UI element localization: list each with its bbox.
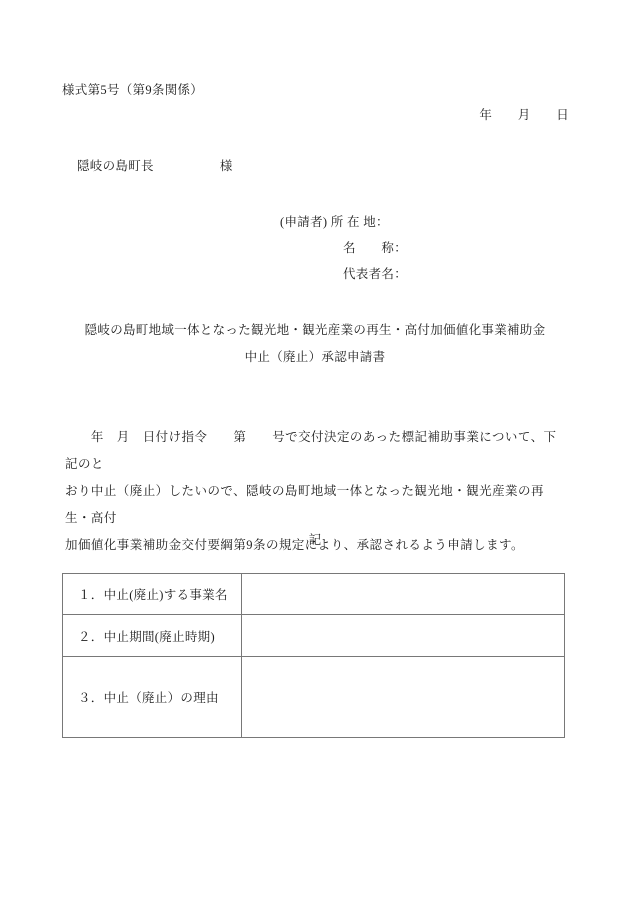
addressee-name: 隠岐の島町長 — [77, 159, 154, 173]
applicant-address-label: 所 在 地： — [331, 215, 389, 229]
table-row: ３．中止（廃止）の理由 — [63, 657, 565, 738]
document-title-line2: 中止（廃止）承認申請書 — [0, 344, 630, 371]
applicant-address-line: (申請者) 所 在 地： — [280, 209, 407, 235]
body-line: おり中止（廃止）したいので、隠岐の島町地域一体となった観光地・観光産業の再生・高… — [65, 478, 567, 532]
table-row-value — [242, 574, 565, 615]
applicant-name-label: 名 称： — [343, 235, 407, 261]
addressee-line: 隠岐の島町長様 — [77, 156, 233, 174]
applicant-prefix: (申請者) — [280, 215, 327, 229]
document-page: 様式第5号（第9条関係） 年 月 日 隠岐の島町長様 (申請者) 所 在 地： … — [0, 0, 630, 903]
body-line: 年 月 日付け指令 第 号で交付決定のあった標記補助事業について、下記のと — [65, 424, 567, 478]
form-number: 様式第5号（第9条関係） — [62, 80, 203, 98]
table-row: １．中止(廃止)する事業名 — [63, 574, 565, 615]
table-row-label: １．中止(廃止)する事業名 — [63, 574, 242, 615]
table-row-label: ２．中止期間(廃止時期) — [63, 615, 242, 657]
document-title-line1: 隠岐の島町地域一体となった観光地・観光産業の再生・高付加価値化事業補助金 — [0, 317, 630, 344]
record-heading: 記 — [0, 530, 630, 548]
table-row-label: ３．中止（廃止）の理由 — [63, 657, 242, 738]
applicant-block: (申請者) 所 在 地： 名 称： 代表者名： — [280, 209, 407, 287]
table-row-value — [242, 615, 565, 657]
table-row-value — [242, 657, 565, 738]
table-row: ２．中止期間(廃止時期) — [63, 615, 565, 657]
details-table: １．中止(廃止)する事業名 ２．中止期間(廃止時期) ３．中止（廃止）の理由 — [62, 573, 565, 738]
applicant-representative-label: 代表者名： — [343, 261, 407, 287]
date-line: 年 月 日 — [479, 105, 569, 123]
document-title: 隠岐の島町地域一体となった観光地・観光産業の再生・高付加価値化事業補助金 中止（… — [0, 317, 630, 371]
addressee-honorific: 様 — [220, 159, 233, 173]
